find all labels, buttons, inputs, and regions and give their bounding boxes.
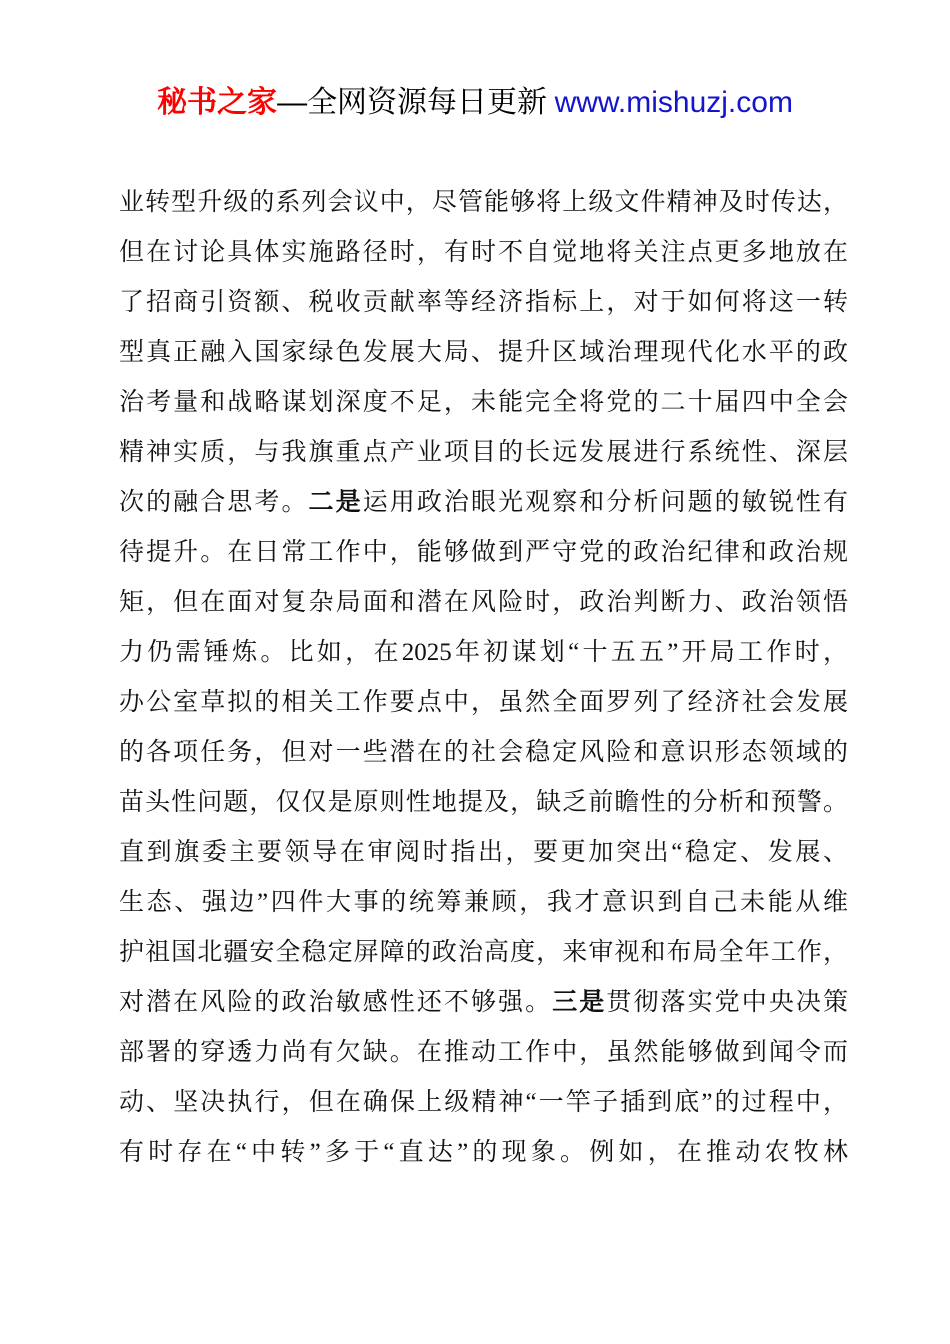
text-segment: 治考量和战略谋划深度不足，未能完全将党的二十届四中全会: [119, 389, 848, 416]
text-segment: 贯彻落实党中央决策: [606, 989, 848, 1016]
text-line: 动、坚决执行，但在确保上级精神“一竿子插到底”的过程中，: [119, 1078, 848, 1128]
text-line: 矩，但在面对复杂局面和潜在风险时，政治判断力、政治领悟: [119, 578, 848, 628]
text-segment: 生态、强边”四件大事的统筹兼顾，我才意识到自己未能从维: [119, 889, 848, 916]
text-line: 办公室草拟的相关工作要点中，虽然全面罗列了经济社会发展: [119, 678, 848, 728]
text-line: 的各项任务，但对一些潜在的社会稳定风险和意识形态领域的: [119, 728, 848, 778]
header-tagline: —全网资源每日更新: [277, 86, 547, 119]
text-segment: 动、坚决执行，但在确保上级精神“一竿子插到底”的过程中，: [119, 1089, 848, 1116]
brand-name: 秘书之家: [157, 86, 277, 119]
document-lines: 业转型升级的系列会议中，尽管能够将上级文件精神及时传达，但在讨论具体实施路径时，…: [119, 178, 848, 1178]
document-page: 秘书之家—全网资源每日更新www.mishuzj.com 业转型升级的系列会议中…: [0, 0, 950, 1344]
text-segment: 精神实质，与我旗重点产业项目的长远发展进行系统性、深层: [119, 439, 848, 466]
text-segment: 部署的穿透力尚有欠缺。在推动工作中，虽然能够做到闻令而: [119, 1039, 848, 1066]
text-line: 治考量和战略谋划深度不足，未能完全将党的二十届四中全会: [119, 378, 848, 428]
text-segment: 矩，但在面对复杂局面和潜在风险时，政治判断力、政治领悟: [119, 589, 848, 616]
text-segment: 有时存在“中转”多于“直达”的现象。例如，在推动农牧林: [119, 1139, 848, 1166]
text-line: 部署的穿透力尚有欠缺。在推动工作中，虽然能够做到闻令而: [119, 1028, 848, 1078]
text-segment: 护祖国北疆安全稳定屏障的政治高度，来审视和布局全年工作，: [119, 939, 848, 966]
text-segment: 业转型升级的系列会议中，尽管能够将上级文件精神及时传达，: [119, 189, 848, 216]
text-segment: 对潜在风险的政治敏感性还不够强。: [119, 989, 552, 1016]
text-line: 力仍需锤炼。比如，在2025年初谋划“十五五”开局工作时，: [119, 628, 848, 678]
text-line: 有时存在“中转”多于“直达”的现象。例如，在推动农牧林: [119, 1128, 848, 1178]
text-line: 苗头性问题，仅仅是原则性地提及，缺乏前瞻性的分析和预警。: [119, 778, 848, 828]
text-segment: 办公室草拟的相关工作要点中，虽然全面罗列了经济社会发展: [119, 689, 848, 716]
text-segment: 待提升。在日常工作中，能够做到严守党的政治纪律和政治规: [119, 539, 848, 566]
text-segment: 苗头性问题，仅仅是原则性地提及，缺乏前瞻性的分析和预警。: [119, 789, 848, 816]
text-line: 了招商引资额、税收贡献率等经济指标上，对于如何将这一转: [119, 278, 848, 328]
text-line: 次的融合思考。二是运用政治眼光观察和分析问题的敏锐性有: [119, 478, 848, 528]
text-segment: 次的融合思考。: [119, 489, 309, 516]
text-segment: 型真正融入国家绿色发展大局、提升区域治理现代化水平的政: [119, 339, 848, 366]
text-segment: 直到旗委主要领导在审阅时指出，要更加突出“稳定、发展、: [119, 839, 848, 866]
bold-marker: 二是: [309, 489, 363, 516]
bold-marker: 三是: [552, 989, 606, 1016]
text-line: 待提升。在日常工作中，能够做到严守党的政治纪律和政治规: [119, 528, 848, 578]
text-line: 但在讨论具体实施路径时，有时不自觉地将关注点更多地放在: [119, 228, 848, 278]
text-line: 生态、强边”四件大事的统筹兼顾，我才意识到自己未能从维: [119, 878, 848, 928]
text-segment: 力仍需锤炼。比如，在2025年初谋划“十五五”开局工作时，: [119, 639, 848, 666]
text-segment: 运用政治眼光观察和分析问题的敏锐性有: [363, 489, 848, 516]
text-segment: 了招商引资额、税收贡献率等经济指标上，对于如何将这一转: [119, 289, 848, 316]
header-url[interactable]: www.mishuzj.com: [555, 86, 793, 119]
text-line: 型真正融入国家绿色发展大局、提升区域治理现代化水平的政: [119, 328, 848, 378]
doc-header: 秘书之家—全网资源每日更新www.mishuzj.com: [0, 84, 950, 122]
text-segment: 但在讨论具体实施路径时，有时不自觉地将关注点更多地放在: [119, 239, 848, 266]
text-line: 业转型升级的系列会议中，尽管能够将上级文件精神及时传达，: [119, 178, 848, 228]
text-segment: 的各项任务，但对一些潜在的社会稳定风险和意识形态领域的: [119, 739, 848, 766]
text-line: 护祖国北疆安全稳定屏障的政治高度，来审视和布局全年工作，: [119, 928, 848, 978]
text-line: 对潜在风险的政治敏感性还不够强。三是贯彻落实党中央决策: [119, 978, 848, 1028]
text-line: 直到旗委主要领导在审阅时指出，要更加突出“稳定、发展、: [119, 828, 848, 878]
text-line: 精神实质，与我旗重点产业项目的长远发展进行系统性、深层: [119, 428, 848, 478]
